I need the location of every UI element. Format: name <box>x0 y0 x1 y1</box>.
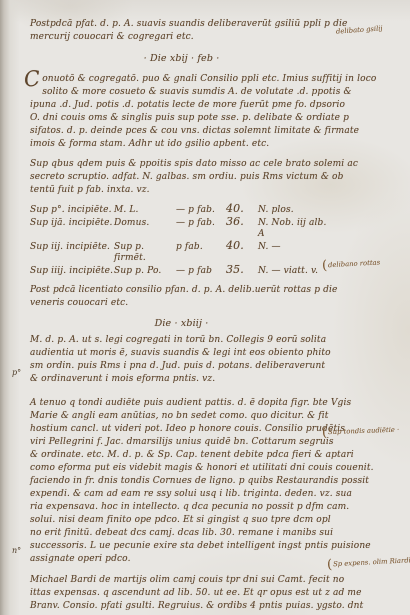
tally-note: N. — <box>258 242 333 253</box>
vote-tally-table: Sup p°. incipiēte. M. L. — p fab. 40. N.… <box>30 203 333 277</box>
tally-item-label: Sup p°. incipiēte. <box>30 205 114 216</box>
margin-note-super-expensis: (Sp expens. olim Riardi cam <box>327 555 410 570</box>
manuscript-line: solui. nisi deam finito ope pdco. Et si … <box>30 514 333 527</box>
tally-count: 40. <box>226 203 258 214</box>
manuscript-line: Marie & angli eam anūtias, no bn sedet c… <box>30 410 333 423</box>
margin-note-deliberatio-rottas: (delibano rottas <box>322 258 381 271</box>
tally-note: N. Nob. iij alb. A <box>258 218 333 240</box>
paragraph-ballot-result: Sup qbus qdem puis & ppoitis spis dato m… <box>30 158 333 197</box>
initial-capital: C <box>23 70 41 88</box>
manuscript-line: solito & more cosueto & suavis sumdis A.… <box>30 86 333 99</box>
tally-item-name: Sup p. firmēt. <box>114 242 176 264</box>
margin-note-text: Sup tondis audiētie · <box>328 426 399 436</box>
text-block: Postpdcā pfat. d. p. A. suavis suandis d… <box>30 18 333 613</box>
manuscript-line: A tenuo q tondi audiēte puis audient pat… <box>30 397 333 410</box>
manuscript-line: veneris couocari etc. <box>30 297 333 310</box>
manuscript-line: Sup qbus qdem puis & ppoitis spis dato m… <box>30 158 333 171</box>
manuscript-page: Postpdcā pfat. d. p. A. suavis suandis d… <box>0 0 410 615</box>
manuscript-line: secreto scruptio. adfat. N. galbas. sm o… <box>30 171 333 184</box>
tally-item-name: M. L. <box>114 205 176 216</box>
margin-note-deliberatio-consilii: delibato gsilij <box>336 24 383 36</box>
tally-fab-label: — p fab <box>176 266 226 277</box>
tally-note: N. plos. <box>258 205 333 216</box>
manuscript-line: imois & forma stam. Adhr ut ido gsilio a… <box>30 138 333 151</box>
manuscript-line: ittas expensas. q ascendunt ad lib. 50. … <box>30 587 333 600</box>
tally-count: 35. <box>226 264 258 275</box>
paragraph-council-session: C onuotō & cogregatō. puo & gnali Consil… <box>30 73 333 151</box>
tally-item-label: Sup iij. incipiēte. <box>30 242 114 253</box>
manuscript-line: como eforma put eis videbit magis & hono… <box>30 462 333 475</box>
tally-item-name: Sup p. Po. <box>114 266 176 277</box>
table-row: Sup iiij. incipiēte. Sup p. Po. — p fab … <box>30 264 333 277</box>
manuscript-line: ipuna .d. Jud. potis .d. potatis lecte d… <box>30 99 333 112</box>
manuscript-line: tentū fuit p fab. inxta. vz. <box>30 184 333 197</box>
heading-date-feb-18: Die · xbiij · <box>30 317 333 330</box>
manuscript-line: ria expensava. hoc in intellecto. q dca … <box>30 501 333 514</box>
tally-fab-label: — p fab. <box>176 218 226 229</box>
margin-bracket: ( <box>327 557 333 572</box>
manuscript-line: hostium cancl. ut videri pot. Ideo p hon… <box>30 423 333 436</box>
tally-count: 36. <box>226 216 258 227</box>
manuscript-line: M. d. p. A. ut s. legi cogregati in torū… <box>30 334 333 347</box>
manuscript-line: Post pdcā licentiato consilio pfan. d. p… <box>30 284 333 297</box>
paragraph-college-assembly: M. d. p. A. ut s. legi cogregati in torū… <box>30 334 333 386</box>
manuscript-line: no erit finitū. debeat dcs camj. dcas li… <box>30 527 333 540</box>
paragraph-audience-repairs: A tenuo q tondi audiēte puis audient pat… <box>30 397 333 566</box>
manuscript-line: onuotō & cogregatō. puo & gnali Consilio… <box>30 73 333 86</box>
manuscript-line: O. dni couis oms & singlis puis sup pote… <box>30 112 333 125</box>
manuscript-line: successoris. L ue pecunie exire sta debe… <box>30 540 333 553</box>
table-row: Sup ijā. incipiēte. Domus. — p fab. 36. … <box>30 216 333 240</box>
tally-fab-label: — p fab. <box>176 205 226 216</box>
margin-bracket: ( <box>322 425 328 440</box>
table-row: Sup p°. incipiēte. M. L. — p fab. 40. N.… <box>30 203 333 216</box>
tally-fab-label: p fab. <box>176 242 226 253</box>
margin-note-super-tondis: (Sup tondis audiētie · <box>322 426 400 438</box>
margin-note-text: delibano rottas <box>328 258 380 269</box>
manuscript-line: sifatos. d. p. deinde pces & cou vns. di… <box>30 125 333 138</box>
tally-item-label: Sup ijā. incipiēte. <box>30 218 114 229</box>
manuscript-line: assignate operi pdco. <box>30 553 333 566</box>
manuscript-line: viri Pellegrini f. Jac. dmarsilijs unius… <box>30 436 333 449</box>
tally-item-name: Domus. <box>114 218 176 229</box>
manuscript-line: & ordinate. etc. M. d. p. & Sp. Cap. ten… <box>30 449 333 462</box>
tally-count: 40. <box>226 240 258 251</box>
manuscript-line: Postpdcā pfat. d. p. A. suavis suandis d… <box>30 18 333 31</box>
paragraph-chamberlain-expenses: Michael Bardi de martijs olim camj couis… <box>30 574 333 613</box>
manuscript-line: audientia ut moris ē, suavis suandis & l… <box>30 347 333 360</box>
margin-note-text: Sp expens. olim Riardi cam <box>333 555 410 568</box>
manuscript-line: Michael Bardi de martijs olim camj couis… <box>30 574 333 587</box>
paragraph-rota-deliberation: Post pdcā licentiato consilio pfan. d. p… <box>30 284 333 310</box>
heading-date-feb-17: · Die xbij · feb · <box>30 52 333 65</box>
paragraph-deliberation-summons: Postpdcā pfat. d. p. A. suavis suandis d… <box>30 18 333 44</box>
manuscript-line: faciendo in fr. dnis tondis Cornues de l… <box>30 475 333 488</box>
manuscript-line: Branv. Consio. pfati gsulti. Regruius. &… <box>30 600 333 613</box>
manuscript-line: expendi. & cam ad eam re ssy solui usq i… <box>30 488 333 501</box>
manuscript-line: mercurij couocari & cogregari etc. <box>30 31 333 44</box>
margin-bracket: ( <box>322 258 328 273</box>
manuscript-line: & ordinaverunt i mois eforma pntis. vz. <box>30 373 333 386</box>
manuscript-line: sm ordin. puis Rms i pna d. Jud. puis d.… <box>30 360 333 373</box>
left-siglum-primo: p° <box>12 368 21 377</box>
table-row: Sup iij. incipiēte. Sup p. firmēt. p fab… <box>30 240 333 264</box>
left-siglum-secundo: n° <box>12 546 21 555</box>
tally-item-label: Sup iiij. incipiēte. <box>30 266 114 277</box>
